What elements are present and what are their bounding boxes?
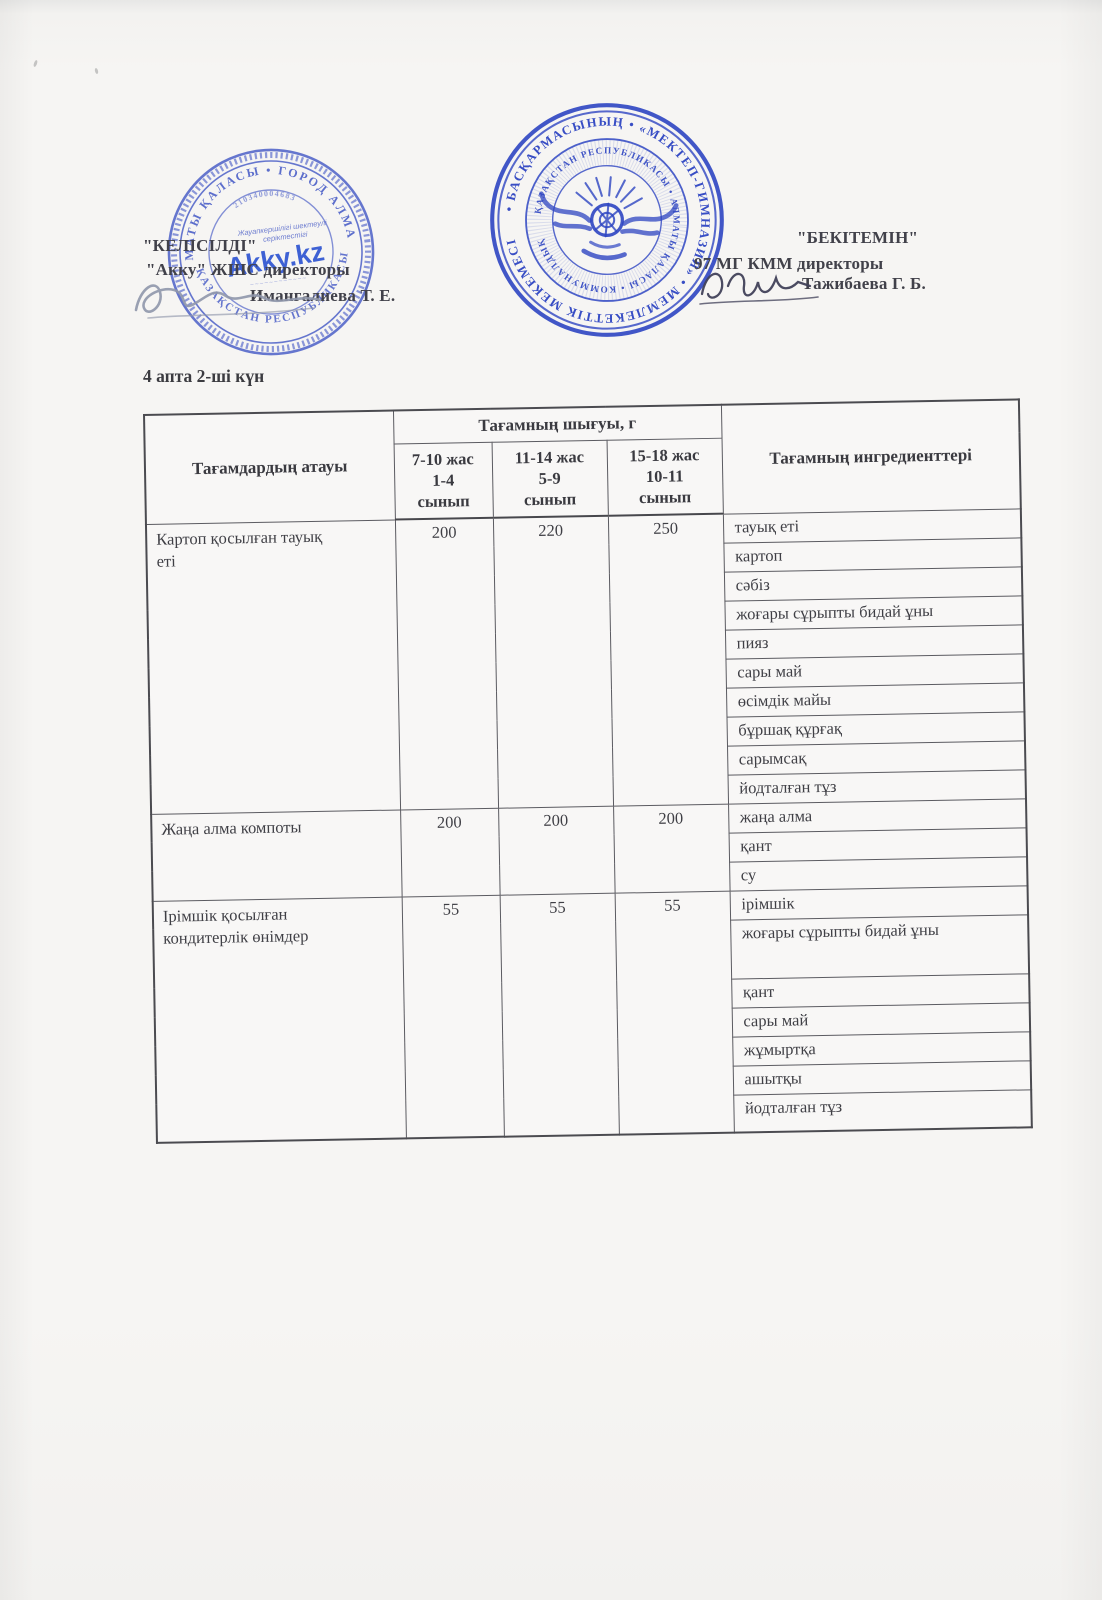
- header-ingredients: Тағамның ингредиенттері: [721, 399, 1021, 513]
- scanned-document-page: АЛМАТЫ ҚАЛАСЫ • ГОРОД АЛМАТЫ ҚАЗАҚСТАН Р…: [0, 0, 1102, 1600]
- portion-value-cell: 55: [402, 895, 504, 1139]
- menu-table-wrap: Тағамдардың атауы Тағамның шығуы, г Таға…: [143, 398, 1031, 1143]
- menu-table: Тағамдардың атауы Тағамның шығуы, г Таға…: [143, 398, 1033, 1143]
- portion-value-cell: 55: [500, 893, 619, 1137]
- portion-value-cell: 200: [498, 806, 615, 895]
- age-line: 15-18 жас: [611, 443, 717, 466]
- left-approval-status: "КЕЛІСІЛДІ": [143, 236, 257, 256]
- left-signature: [128, 258, 328, 328]
- header-age-group-1: 7-10 жас 1-4 сынып: [394, 442, 493, 520]
- menu-table-header: Тағамдардың атауы Тағамның шығуы, г Таға…: [144, 399, 1021, 524]
- portion-value-cell: 200: [395, 518, 498, 810]
- age-line: 7-10 жас: [398, 447, 487, 470]
- week-day-label: 4 апта 2-ші күн: [143, 366, 264, 387]
- menu-table-body: Картоп қосылған тауық еті200220250тауық …: [146, 508, 1032, 1142]
- stamp-reg-number: 210340004683: [230, 185, 298, 210]
- ingredient-cell: жоғары сұрыпты бидай ұны: [730, 914, 1029, 978]
- grade-line: 5-9: [497, 467, 603, 490]
- header-age-group-2: 11-14 жас 5-9 сынып: [492, 440, 608, 518]
- paper-speck: [94, 68, 98, 75]
- right-approval-status: "БЕКІТЕМІН": [797, 228, 918, 248]
- header-dish-name: Тағамдардың атауы: [144, 411, 395, 524]
- dish-name-cell: Ірімшік қосылған кондитерлік өнімдер: [153, 896, 406, 1142]
- portion-value-cell: 200: [613, 804, 730, 893]
- svg-text:210340004683: 210340004683: [230, 185, 298, 210]
- dish-name-cell: Жаңа алма компоты: [151, 809, 402, 900]
- class-word: сынып: [399, 490, 488, 513]
- class-word: сынып: [497, 488, 603, 511]
- portion-value-cell: 200: [400, 808, 500, 897]
- age-line: 11-14 жас: [496, 445, 602, 468]
- dish-name-cell: Картоп қосылған тауық еті: [146, 520, 400, 814]
- grade-line: 1-4: [399, 469, 488, 492]
- portion-value-cell: 250: [608, 514, 728, 806]
- header-age-group-3: 15-18 жас 10-11 сынып: [607, 438, 723, 516]
- portion-value-cell: 220: [493, 516, 613, 808]
- ingredient-cell: йодталған тұз: [733, 1089, 1032, 1132]
- class-word: сынып: [612, 486, 718, 509]
- paper-speck: [33, 60, 38, 68]
- right-signature: [694, 254, 834, 314]
- portion-value-cell: 55: [615, 891, 734, 1135]
- grade-line: 10-11: [612, 465, 718, 488]
